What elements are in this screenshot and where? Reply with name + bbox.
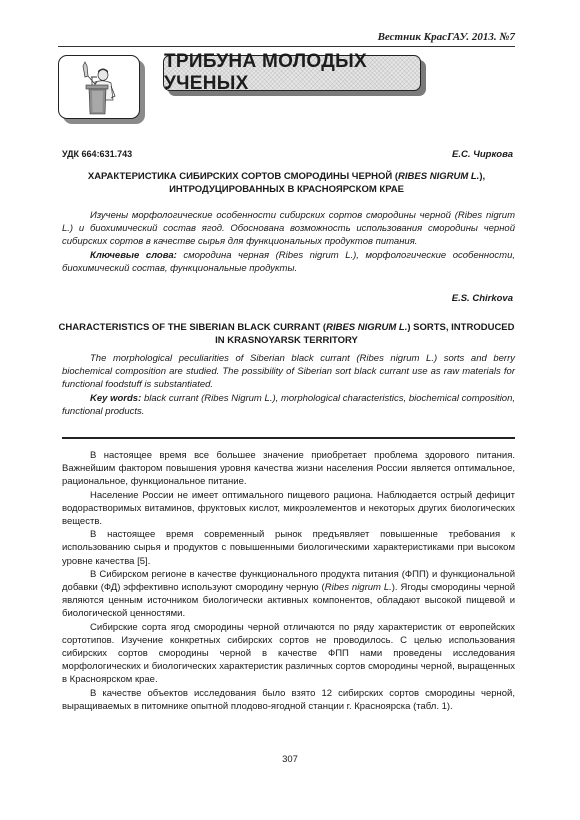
keywords-ru-label: Ключевые слова: bbox=[90, 250, 177, 261]
running-head: Вестник КрасГАУ. 2013. №7 bbox=[378, 31, 515, 43]
keywords-en: Key words: black currant (Ribes Nigrum L… bbox=[62, 392, 515, 418]
page-number: 307 bbox=[0, 754, 580, 765]
title-ru-line2: ИНТРОДУЦИРОВАННЫХ В КРАСНОЯРСКОМ КРАЕ bbox=[58, 183, 515, 196]
journal-page: Вестник КрасГАУ. 2013. №7 ТРИБУНА МОЛОДЫ… bbox=[0, 0, 580, 820]
header-rule bbox=[58, 46, 515, 47]
keywords-en-label: Key words: bbox=[90, 393, 141, 404]
title-ru: ХАРАКТЕРИСТИКА СИБИРСКИХ СОРТОВ СМОРОДИН… bbox=[58, 170, 515, 196]
body-paragraph: Население России не имеет оптимального п… bbox=[62, 489, 515, 529]
body-paragraph: Сибирские сорта ягод смородины черной от… bbox=[62, 621, 515, 687]
title-en-line2: IN KRASNOYARSK TERRITORY bbox=[58, 334, 515, 347]
author-ru: Е.С. Чиркова bbox=[452, 149, 513, 160]
abstract-en: The morphological peculiarities of Siber… bbox=[62, 352, 515, 418]
abstract-en-text: The morphological peculiarities of Siber… bbox=[62, 352, 515, 392]
udc-code: УДК 664:631.743 bbox=[62, 149, 132, 159]
section-banner: ТРИБУНА МОЛОДЫХ УЧЕНЫХ bbox=[163, 55, 421, 91]
body-paragraph: В настоящее время современный рынок пред… bbox=[62, 528, 515, 568]
body-paragraph: В Сибирском регионе в качестве функциона… bbox=[62, 568, 515, 621]
keywords-ru: Ключевые слова: смородина черная (Ribes … bbox=[62, 249, 515, 275]
title-en: CHARACTERISTICS OF THE SIBERIAN BLACK CU… bbox=[58, 321, 515, 347]
speaker-at-podium-icon bbox=[58, 55, 140, 119]
title-en-line1: CHARACTERISTICS OF THE SIBERIAN BLACK CU… bbox=[58, 321, 515, 334]
abstract-ru: Изучены морфологические особенности сиби… bbox=[62, 209, 515, 275]
body-paragraph: В качестве объектов исследования было вз… bbox=[62, 687, 515, 713]
author-en: E.S. Chirkova bbox=[452, 293, 513, 304]
body-paragraph: В настоящее время все большее значение п… bbox=[62, 449, 515, 489]
title-ru-line1: ХАРАКТЕРИСТИКА СИБИРСКИХ СОРТОВ СМОРОДИН… bbox=[58, 170, 515, 183]
body-divider bbox=[62, 437, 515, 439]
abstract-ru-text: Изучены морфологические особенности сиби… bbox=[62, 209, 515, 249]
body-text: В настоящее время все большее значение п… bbox=[62, 449, 515, 713]
section-banner-text: ТРИБУНА МОЛОДЫХ УЧЕНЫХ bbox=[164, 51, 420, 95]
